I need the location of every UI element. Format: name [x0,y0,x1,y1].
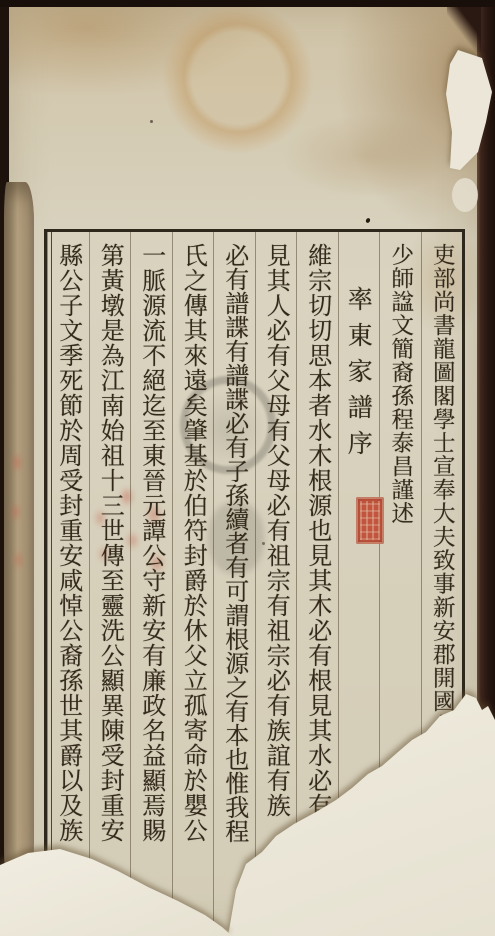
paper-speck [262,542,265,545]
text-column-body-4: 氏之傳其來遠矣肇基於伯符封爵於休父立孤寄命於嬰公 [172,232,214,936]
backing-page [228,598,495,936]
backing-page [446,50,492,170]
torn-area-bottom-left [0,843,232,936]
text-column-body-7: 縣公子文季死節於周受封重安咸悼公裔孫世其爵以及族 [47,232,89,936]
red-mark-on-edge [4,440,30,590]
seal-stamp-icon [356,497,384,544]
page-title: 率東家譜序 [338,286,379,466]
column-text: 一脈源流不絕迄至東晉元譚公守新安有廉政名益顯焉賜 [131,243,172,843]
torn-patch-top-right [446,50,492,170]
column-text: 第黃墩是為江南始祖十三世傳至靈洗公顯異陳受封重安 [89,243,130,843]
text-column-body-5: 一脈源流不絕迄至東晉元譚公守新安有廉政名益顯焉賜 [130,232,172,936]
paper-speck [150,120,153,123]
column-text: 縣公子文季死節於周受封重安咸悼公裔孫世其爵以及族 [48,243,89,843]
column-text: 少師諡文簡裔孫程泰昌謹述 [380,243,421,525]
text-column-body-6: 第黃墩是為江南始祖十三世傳至靈洗公顯異陳受封重安 [89,232,131,936]
page-edge-left [4,182,34,882]
scan-top-edge [0,0,495,7]
torn-corner-top-right [447,0,481,52]
torn-area-bottom-right [228,598,495,936]
torn-patch-right [452,178,478,212]
column-text: 氏之傳其來遠矣肇基於伯符封爵於休父立孤寄命於嬰公 [172,243,213,843]
backing-page [0,843,232,936]
